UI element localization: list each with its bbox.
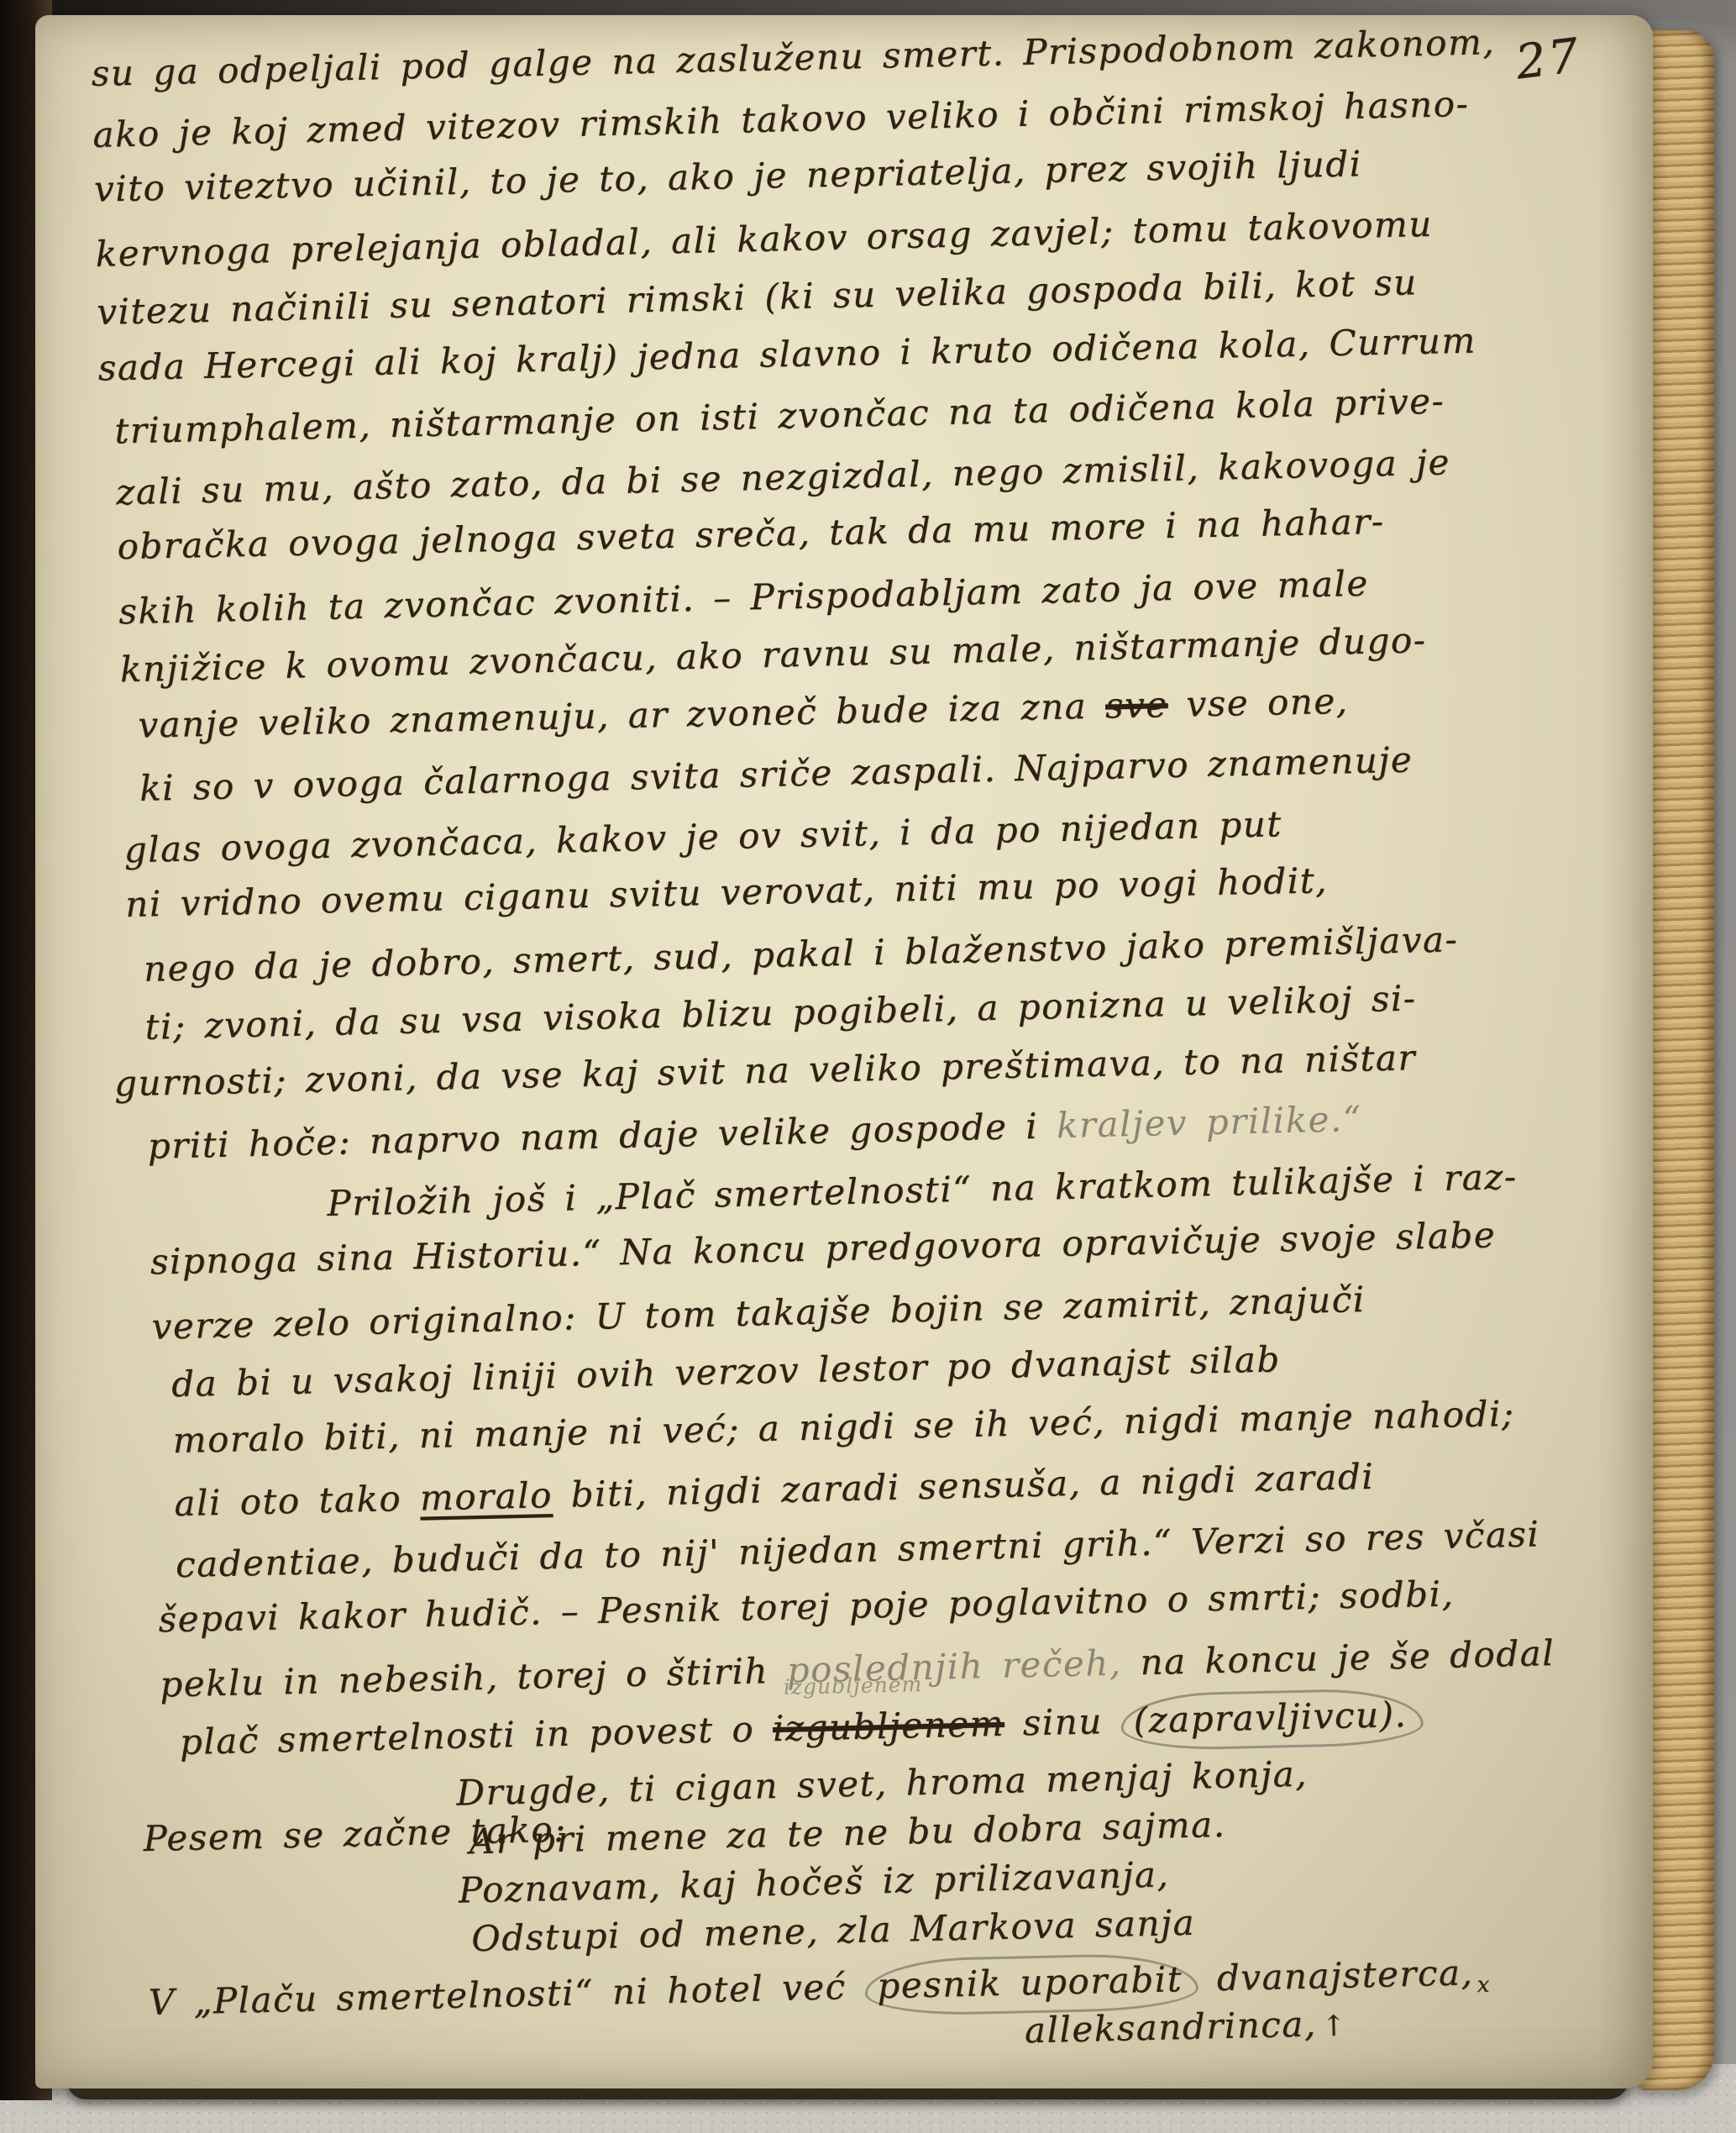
line-text: sinu	[1004, 1700, 1121, 1744]
line-text: ali oto tako	[174, 1478, 421, 1525]
struck-word: sve	[1104, 684, 1168, 726]
line-text: plač smertelnosti in povest o	[179, 1708, 773, 1763]
manuscript-photo: 27 su ga odpeljali pod galge na zaslužen…	[0, 0, 1736, 2133]
line-text: peklu in nebesih, torej o štirih	[160, 1650, 788, 1705]
line-text: priti hoče: naprvo nam daje velike gospo…	[147, 1105, 1057, 1167]
pencil-annotation: izgubljenem	[784, 1673, 923, 1698]
verse-intro: Pesem se začne tako:	[143, 1805, 568, 1863]
manuscript-page: 27 su ga odpeljali pod galge na zaslužen…	[35, 15, 1653, 2088]
verse-block: Pesem se začne tako: Drugde, ti cigan sv…	[130, 1742, 1653, 1971]
corrected-word: izgubljenemizgubljenem	[772, 1694, 1004, 1758]
line-text: dvanajsterca,	[1198, 1952, 1473, 1999]
underlined-word: moralo	[419, 1474, 553, 1519]
handwritten-text: su ga odpeljali pod galge na zasluženu s…	[91, 15, 1653, 2075]
insertion-arrow-mark: ↑	[1321, 2010, 1347, 2044]
line-text: biti, nigdi zaradi sensuša, a nigdi zara…	[552, 1456, 1374, 1516]
line-text: V „Plaču smertelnosti“ ni hotel već	[148, 1966, 865, 2023]
struck-word: izgubljenem	[772, 1703, 1004, 1749]
line-text: vse one,	[1167, 680, 1349, 725]
line-text: vanje veliko znamenuju, ar zvoneč bude i…	[138, 686, 1106, 746]
line-text: alleksandrinca,	[1024, 2003, 1317, 2051]
insertion-mark: x	[1476, 1973, 1491, 1998]
pencil-annotation: kraljev prilike.“	[1056, 1098, 1362, 1146]
pencil-circled-phrase: (zapravljivcu).	[1120, 1688, 1424, 1752]
line-text: na koncu je še dodal	[1121, 1632, 1555, 1684]
